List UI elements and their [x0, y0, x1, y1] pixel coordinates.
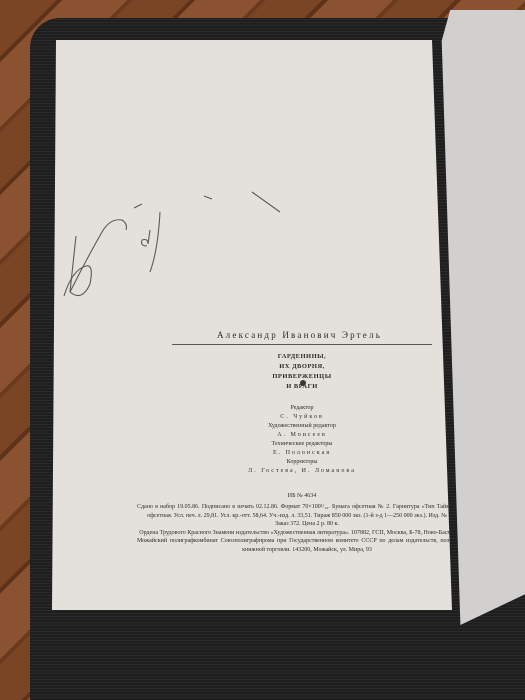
colophon-page: Александр Иванович Эртель ГАРДЕНИНЫ, ИХ …	[52, 40, 452, 610]
ornament-dot-icon	[300, 380, 306, 386]
title-line: ГАРДЕНИНЫ,	[222, 352, 382, 362]
credit-name: А. Моисеев	[192, 431, 412, 440]
title-line: ИХ ДВОРНЯ,	[222, 362, 382, 372]
imprint-block: Сдано в набор 19.05.86. Подписано в печа…	[137, 503, 477, 554]
credit-name: С. Чуйков	[192, 413, 412, 422]
credits-block: Редактор С. Чуйков Художественный редакт…	[192, 404, 412, 476]
author-name: Александр Иванович Эртель	[172, 330, 427, 340]
book-title: ГАРДЕНИНЫ, ИХ ДВОРНЯ, ПРИВЕРЖЕНЦЫ И ВРАГ…	[222, 352, 382, 392]
credit-name: Е. Полонская	[192, 449, 412, 458]
imprint-price: Заказ 372. Цена 2 р. 80 к.	[137, 520, 477, 529]
credit-role: Редактор	[192, 404, 412, 413]
divider-rule	[172, 344, 432, 345]
credit-role: Художественный редактор	[192, 422, 412, 431]
ib-number: ИБ № 4634	[182, 493, 422, 499]
imprint-paragraph: Сдано в набор 19.05.86. Подписано в печа…	[137, 503, 477, 520]
credit-role: Технические редакторы	[192, 440, 412, 449]
imprint-publisher: Ордена Трудового Красного Знамени издате…	[137, 529, 477, 538]
imprint-printer: Можайский полиграфкомбинат Союзполиграфп…	[137, 537, 477, 554]
credit-role: Корректоры	[192, 458, 412, 467]
credit-name: Л. Гостева, И. Ломанова	[192, 467, 412, 476]
